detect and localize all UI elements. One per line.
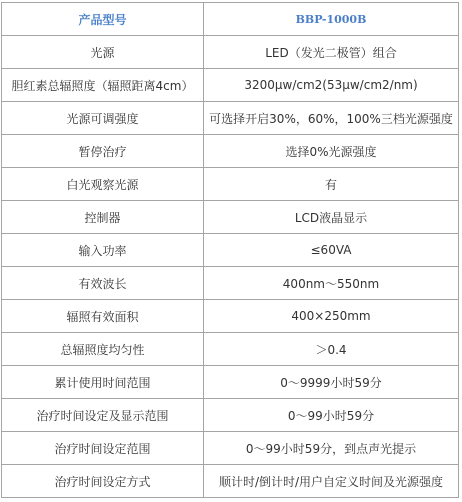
spec-table: 产品型号 BBP-1000B 光源 LED（发光二极管）组合 胆红素总辐照度（辐… (1, 2, 459, 498)
table-row: 胆红素总辐照度（辐照距离4cm） 3200μw/cm2(53μw/cm2/nm) (2, 69, 459, 102)
table-row: 治疗时间设定及显示范围 0～99小时59分 (2, 399, 459, 432)
table-row: 暂停治疗 选择0%光源强度 (2, 135, 459, 168)
row-value: 有 (204, 168, 459, 201)
table-header-row: 产品型号 BBP-1000B (2, 3, 459, 36)
row-value: 0～99小时59分，到点声光提示 (204, 432, 459, 465)
row-value: LED（发光二极管）组合 (204, 36, 459, 69)
row-value: 可选择开启30%，60%，100%三档光源强度 (204, 102, 459, 135)
row-label: 治疗时间设定范围 (2, 432, 204, 465)
row-value: ＞0.4 (204, 333, 459, 366)
row-value: ≤60VA (204, 234, 459, 267)
row-label: 控制器 (2, 201, 204, 234)
row-value: 400×250mm (204, 300, 459, 333)
row-value: 0～99小时59分 (204, 399, 459, 432)
table-row: 光源 LED（发光二极管）组合 (2, 36, 459, 69)
row-label: 暂停治疗 (2, 135, 204, 168)
row-value: 400nm～550nm (204, 267, 459, 300)
table-row: 输入功率 ≤60VA (2, 234, 459, 267)
row-value: 选择0%光源强度 (204, 135, 459, 168)
row-label: 胆红素总辐照度（辐照距离4cm） (2, 69, 204, 102)
table-row: 白光观察光源 有 (2, 168, 459, 201)
row-label: 治疗时间设定方式 (2, 465, 204, 498)
row-label: 累计使用时间范围 (2, 366, 204, 399)
row-value: 3200μw/cm2(53μw/cm2/nm) (204, 69, 459, 102)
row-label: 治疗时间设定及显示范围 (2, 399, 204, 432)
row-label: 输入功率 (2, 234, 204, 267)
table-row: 治疗时间设定范围 0～99小时59分，到点声光提示 (2, 432, 459, 465)
table-row: 治疗时间设定方式 顺计时/倒计时/用户自定义时间及光源强度 (2, 465, 459, 498)
row-label: 有效波长 (2, 267, 204, 300)
table-row: 辐照有效面积 400×250mm (2, 300, 459, 333)
table-row: 控制器 LCD液晶显示 (2, 201, 459, 234)
header-label: 产品型号 (2, 3, 204, 36)
table-row: 总辐照度均匀性 ＞0.4 (2, 333, 459, 366)
table-row: 累计使用时间范围 0～9999小时59分 (2, 366, 459, 399)
row-label: 白光观察光源 (2, 168, 204, 201)
row-label: 光源可调强度 (2, 102, 204, 135)
row-label: 光源 (2, 36, 204, 69)
row-value: 顺计时/倒计时/用户自定义时间及光源强度 (204, 465, 459, 498)
row-value: 0～9999小时59分 (204, 366, 459, 399)
row-value: LCD液晶显示 (204, 201, 459, 234)
row-label: 辐照有效面积 (2, 300, 204, 333)
row-label: 总辐照度均匀性 (2, 333, 204, 366)
header-model-value: BBP-1000B (204, 3, 459, 36)
table-row: 光源可调强度 可选择开启30%，60%，100%三档光源强度 (2, 102, 459, 135)
table-row: 有效波长 400nm～550nm (2, 267, 459, 300)
